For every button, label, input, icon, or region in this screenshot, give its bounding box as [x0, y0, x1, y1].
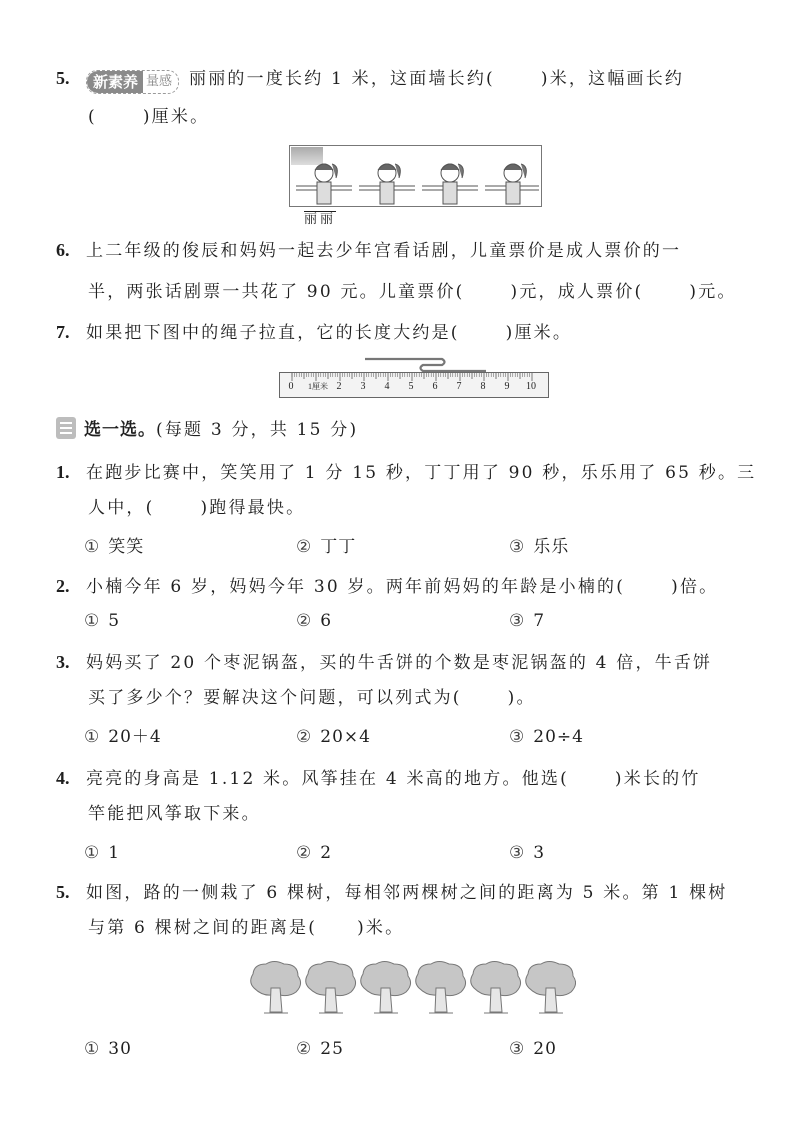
question-a5-line2: ()厘米。 — [88, 105, 753, 129]
option-text: 1 — [108, 843, 120, 863]
option-mark: ② — [296, 727, 312, 747]
question-b4-line2: 竿能把风筝取下来。 — [88, 802, 753, 826]
question-text: 半，两张话剧票一共花了 90 元。儿童票价( — [88, 282, 464, 302]
option-text: 25 — [320, 1039, 344, 1059]
question-number: 3. — [56, 650, 86, 674]
option-3[interactable]: ③7 — [509, 609, 545, 633]
question-text: )米。 — [357, 918, 404, 938]
ruler-label: 2 — [337, 381, 342, 392]
question-number: 1. — [56, 460, 86, 484]
question-b3-line2: 买了多少个？要解决这个问题，可以列式为()。 — [88, 686, 753, 710]
question-text: 亮亮的身高是 1.12 米。风筝挂在 4 米高的地方。他选( — [86, 769, 569, 789]
option-mark: ③ — [509, 843, 525, 863]
option-text: 5 — [108, 611, 120, 631]
ruler-label: 10 — [526, 381, 536, 392]
section-scoring: (每题 3 分，共 15 分) — [156, 420, 358, 440]
question-text: 人中，( — [88, 498, 154, 518]
option-text: 丁丁 — [320, 537, 356, 557]
question-text: )元，成人票价( — [510, 282, 643, 302]
section-title: 选一选。 — [84, 420, 156, 440]
question-a5-line1: 5.新素养量感丽丽的一度长约 1 米，这面墙长约()米，这幅画长约 — [56, 66, 753, 94]
option-text: 6 — [320, 611, 332, 631]
option-text: 20＋4 — [108, 727, 161, 747]
question-b1-line1: 1.在跑步比赛中，笑笑用了 1 分 15 秒，丁丁用了 90 秒，乐乐用了 65… — [56, 460, 753, 485]
ruler-label: 0 — [289, 381, 294, 392]
option-2[interactable]: ②丁丁 — [296, 535, 356, 559]
question-text: 如图，路的一侧栽了 6 棵树，每相邻两棵树之间的距离为 5 米。第 1 棵树 — [86, 883, 727, 903]
question-b4-line1: 4.亮亮的身高是 1.12 米。风筝挂在 4 米高的地方。他选()米长的竹 — [56, 766, 753, 791]
question-text: )米，这幅画长约 — [541, 69, 684, 89]
question-text: 与第 6 棵树之间的距离是( — [88, 918, 317, 938]
option-mark: ③ — [509, 537, 525, 557]
question-b2-line1: 2.小楠今年 6 岁，妈妈今年 30 岁。两年前妈妈的年龄是小楠的()倍。 — [56, 574, 753, 599]
question-text: 妈妈买了 20 个枣泥锅盔，买的牛舌饼的个数是枣泥锅盔的 4 倍，牛舌饼 — [86, 653, 712, 673]
option-mark: ② — [296, 611, 312, 631]
question-text: 上二年级的俊辰和妈妈一起去少年宫看话剧，儿童票价是成人票价的一 — [86, 241, 681, 261]
option-text: 乐乐 — [533, 537, 569, 557]
ruler-label: 9 — [505, 381, 510, 392]
ruler-label: 8 — [481, 381, 486, 392]
badge-label: 新素养 — [87, 71, 143, 93]
option-mark: ② — [296, 537, 312, 557]
option-text: 2 — [320, 843, 332, 863]
ruler-label: 4 — [385, 381, 390, 392]
question-number: 5. — [56, 880, 86, 904]
question-text: ( — [88, 107, 97, 127]
option-1[interactable]: ①笑笑 — [84, 535, 144, 559]
option-3[interactable]: ③乐乐 — [509, 535, 569, 559]
question-b5-line2: 与第 6 棵树之间的距离是()米。 — [88, 916, 753, 940]
question-text: )厘米。 — [506, 323, 572, 343]
ruler-rope-figure: 0 1厘米 2 3 4 5 6 7 8 9 10 — [276, 352, 554, 400]
option-text: 3 — [533, 843, 545, 863]
option-mark: ② — [296, 843, 312, 863]
question-b3-line1: 3.妈妈买了 20 个枣泥锅盔，买的牛舌饼的个数是枣泥锅盔的 4 倍，牛舌饼 — [56, 650, 753, 675]
question-a6-line2: 半，两张话剧票一共花了 90 元。儿童票价()元，成人票价()元。 — [88, 280, 753, 304]
option-2[interactable]: ②6 — [296, 609, 332, 633]
option-text: 30 — [108, 1039, 132, 1059]
question-text: 竿能把风筝取下来。 — [88, 804, 261, 824]
question-text: )米长的竹 — [615, 769, 701, 789]
girls-illustration — [290, 146, 541, 206]
question-a7-line1: 7.如果把下图中的绳子拉直，它的长度大约是()厘米。 — [56, 320, 753, 345]
question-text: )跑得最快。 — [200, 498, 305, 518]
option-2[interactable]: ②2 — [296, 841, 332, 865]
option-mark: ① — [84, 727, 100, 747]
question-text: )。 — [508, 688, 536, 708]
question-text: 买了多少个？要解决这个问题，可以列式为( — [88, 688, 462, 708]
option-text: 20÷4 — [533, 727, 584, 747]
wall-measurement-figure — [289, 145, 542, 207]
ruler-label: 7 — [457, 381, 462, 392]
new-literacy-badge: 新素养量感 — [86, 70, 179, 94]
ruler-label: 3 — [361, 381, 366, 392]
option-mark: ① — [84, 1039, 100, 1059]
option-mark: ① — [84, 537, 100, 557]
question-a6-line1: 6.上二年级的俊辰和妈妈一起去少年宫看话剧，儿童票价是成人票价的一 — [56, 238, 753, 263]
option-mark: ② — [296, 1039, 312, 1059]
option-mark: ③ — [509, 1039, 525, 1059]
question-number: 6. — [56, 238, 86, 262]
option-text: 20 — [533, 1039, 557, 1059]
question-text: )倍。 — [671, 577, 718, 597]
option-3[interactable]: ③3 — [509, 841, 545, 865]
option-1[interactable]: ①30 — [84, 1037, 132, 1061]
figure-caption: 丽丽 — [304, 208, 336, 227]
question-text: 如果把下图中的绳子拉直，它的长度大约是( — [86, 323, 460, 343]
tree-icon — [246, 958, 576, 1016]
option-3[interactable]: ③20÷4 — [509, 725, 584, 749]
question-number: 4. — [56, 766, 86, 790]
option-3[interactable]: ③20 — [509, 1037, 557, 1061]
option-1[interactable]: ①1 — [84, 841, 120, 865]
ruler-label: 6 — [433, 381, 438, 392]
question-text: 小楠今年 6 岁，妈妈今年 30 岁。两年前妈妈的年龄是小楠的( — [86, 577, 625, 597]
question-text: 在跑步比赛中，笑笑用了 1 分 15 秒，丁丁用了 90 秒，乐乐用了 65 秒… — [86, 463, 756, 483]
question-number: 7. — [56, 320, 86, 344]
option-mark: ① — [84, 843, 100, 863]
option-2[interactable]: ②25 — [296, 1037, 344, 1061]
question-b1-line2: 人中，()跑得最快。 — [88, 496, 753, 520]
section-header: 选一选。(每题 3 分，共 15 分) — [56, 417, 753, 442]
question-text: )厘米。 — [143, 107, 209, 127]
option-1[interactable]: ①5 — [84, 609, 120, 633]
question-text: 丽丽的一度长约 1 米，这面墙长约( — [189, 69, 495, 89]
option-1[interactable]: ①20＋4 — [84, 725, 162, 749]
trees-figure — [246, 958, 576, 1016]
ruler-label: 1厘米 — [308, 381, 328, 392]
option-text: 笑笑 — [108, 537, 144, 557]
option-mark: ③ — [509, 727, 525, 747]
question-b5-line1: 5.如图，路的一侧栽了 6 棵树，每相邻两棵树之间的距离为 5 米。第 1 棵树 — [56, 880, 753, 905]
option-2[interactable]: ②20×4 — [296, 725, 371, 749]
question-text: )元。 — [689, 282, 736, 302]
option-text: 7 — [533, 611, 545, 631]
ruler-label: 5 — [409, 381, 414, 392]
section-three-icon — [56, 417, 76, 439]
option-mark: ③ — [509, 611, 525, 631]
option-mark: ① — [84, 611, 100, 631]
question-number: 5. — [56, 66, 86, 90]
option-text: 20×4 — [320, 727, 371, 747]
badge-sublabel: 量感 — [143, 70, 178, 94]
question-number: 2. — [56, 574, 86, 598]
